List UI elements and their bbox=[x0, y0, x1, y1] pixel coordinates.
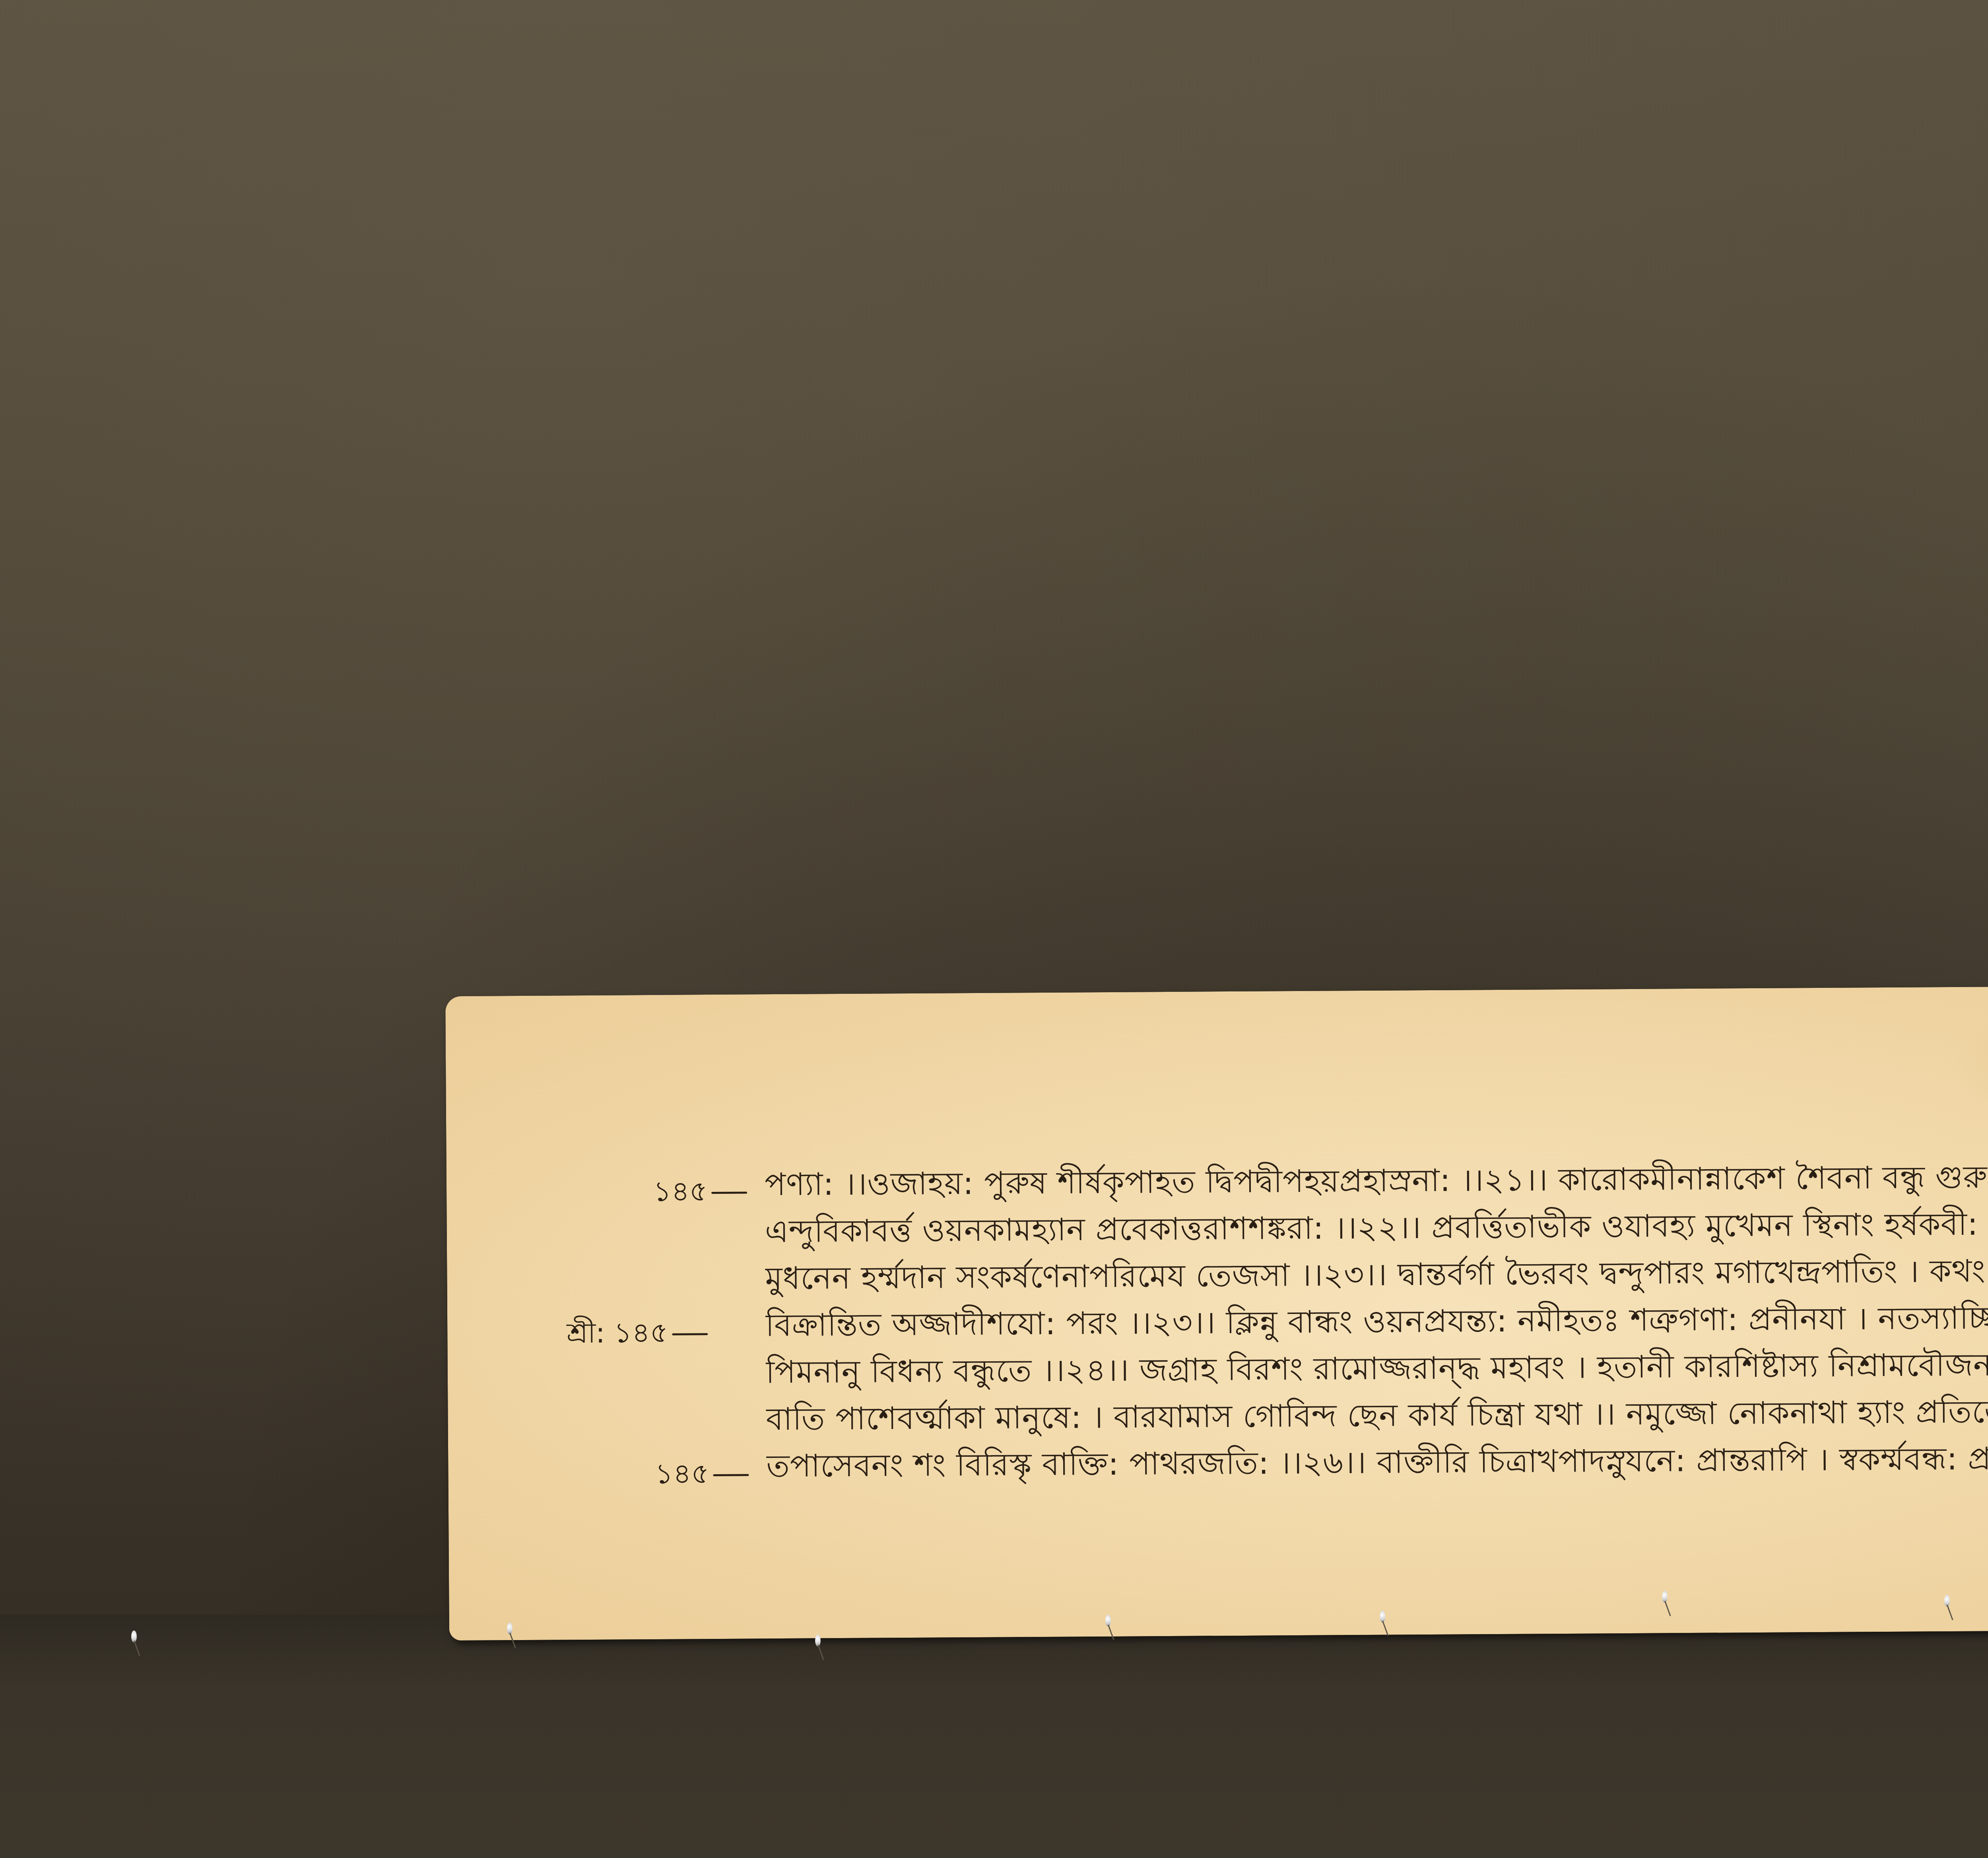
folio-number: ১৪৫ bbox=[653, 1175, 708, 1208]
text-line-5: পিমনানু বিধন্য বন্ধুতে ।।২৪।। জগ্রাহ বির… bbox=[766, 1340, 1988, 1396]
photo-scene: ১৪৫ শ্রী: ১৪৫ ১৪৫ পণ্যা: ।।ওজাহয়: পুরুষ… bbox=[0, 0, 1988, 1858]
margin-rule bbox=[711, 1192, 747, 1194]
pin-icon bbox=[507, 1623, 513, 1634]
folio-number: ১৪৫ bbox=[655, 1457, 709, 1490]
folio-label-shri: শ্রী: ১৪৫ bbox=[567, 1316, 668, 1350]
text-line-2: এন্দুবিকাবর্ত্ত ওয়নকামহ্যান প্রবেকাত্তর… bbox=[765, 1199, 1988, 1255]
text-line-6: বাতি পাশেবর্ত্মাকা মানুষে: । বারযামাস গো… bbox=[766, 1387, 1988, 1443]
mount-paper-lower bbox=[0, 1615, 1988, 1858]
text-line-1: পণ্যা: ।।ওজাহয়: পুরুষ শীর্ষকৃপাহত দ্বিপ… bbox=[765, 1152, 1988, 1208]
pin-icon bbox=[1380, 1611, 1385, 1623]
margin-folio-left-middle: শ্রী: ১৪৫ bbox=[567, 1311, 708, 1358]
margin-folio-left-bottom: ১৪৫ bbox=[655, 1452, 749, 1498]
text-line-4: বিক্রান্তিত অজ্জাদীশযো: পরং ।।২৩।। ক্লিন… bbox=[765, 1293, 1988, 1349]
pin-icon bbox=[1944, 1595, 1950, 1607]
pin-icon bbox=[1105, 1615, 1111, 1627]
text-line-7: তপাসেবনং শং বিরিস্কৃ বাক্তি: পাথরজতি: ।।… bbox=[766, 1434, 1988, 1490]
pin-icon bbox=[131, 1631, 137, 1642]
pin-icon bbox=[1662, 1591, 1668, 1603]
pin-icon bbox=[815, 1634, 821, 1646]
manuscript-leaf: ১৪৫ শ্রী: ১৪৫ ১৪৫ পণ্যা: ।।ওজাহয়: পুরুষ… bbox=[445, 984, 1988, 1640]
margin-rule bbox=[672, 1333, 708, 1336]
margin-rule bbox=[713, 1474, 749, 1477]
text-line-3: মুধনেন হর্ম্মদান সংকর্ষণেনাপরিমেয তেজসা … bbox=[765, 1246, 1988, 1302]
margin-folio-left-top: ১৪৫ bbox=[653, 1170, 747, 1217]
manuscript-text-block: পণ্যা: ।।ওজাহয়: পুরুষ শীর্ষকৃপাহত দ্বিপ… bbox=[765, 1152, 1988, 1490]
